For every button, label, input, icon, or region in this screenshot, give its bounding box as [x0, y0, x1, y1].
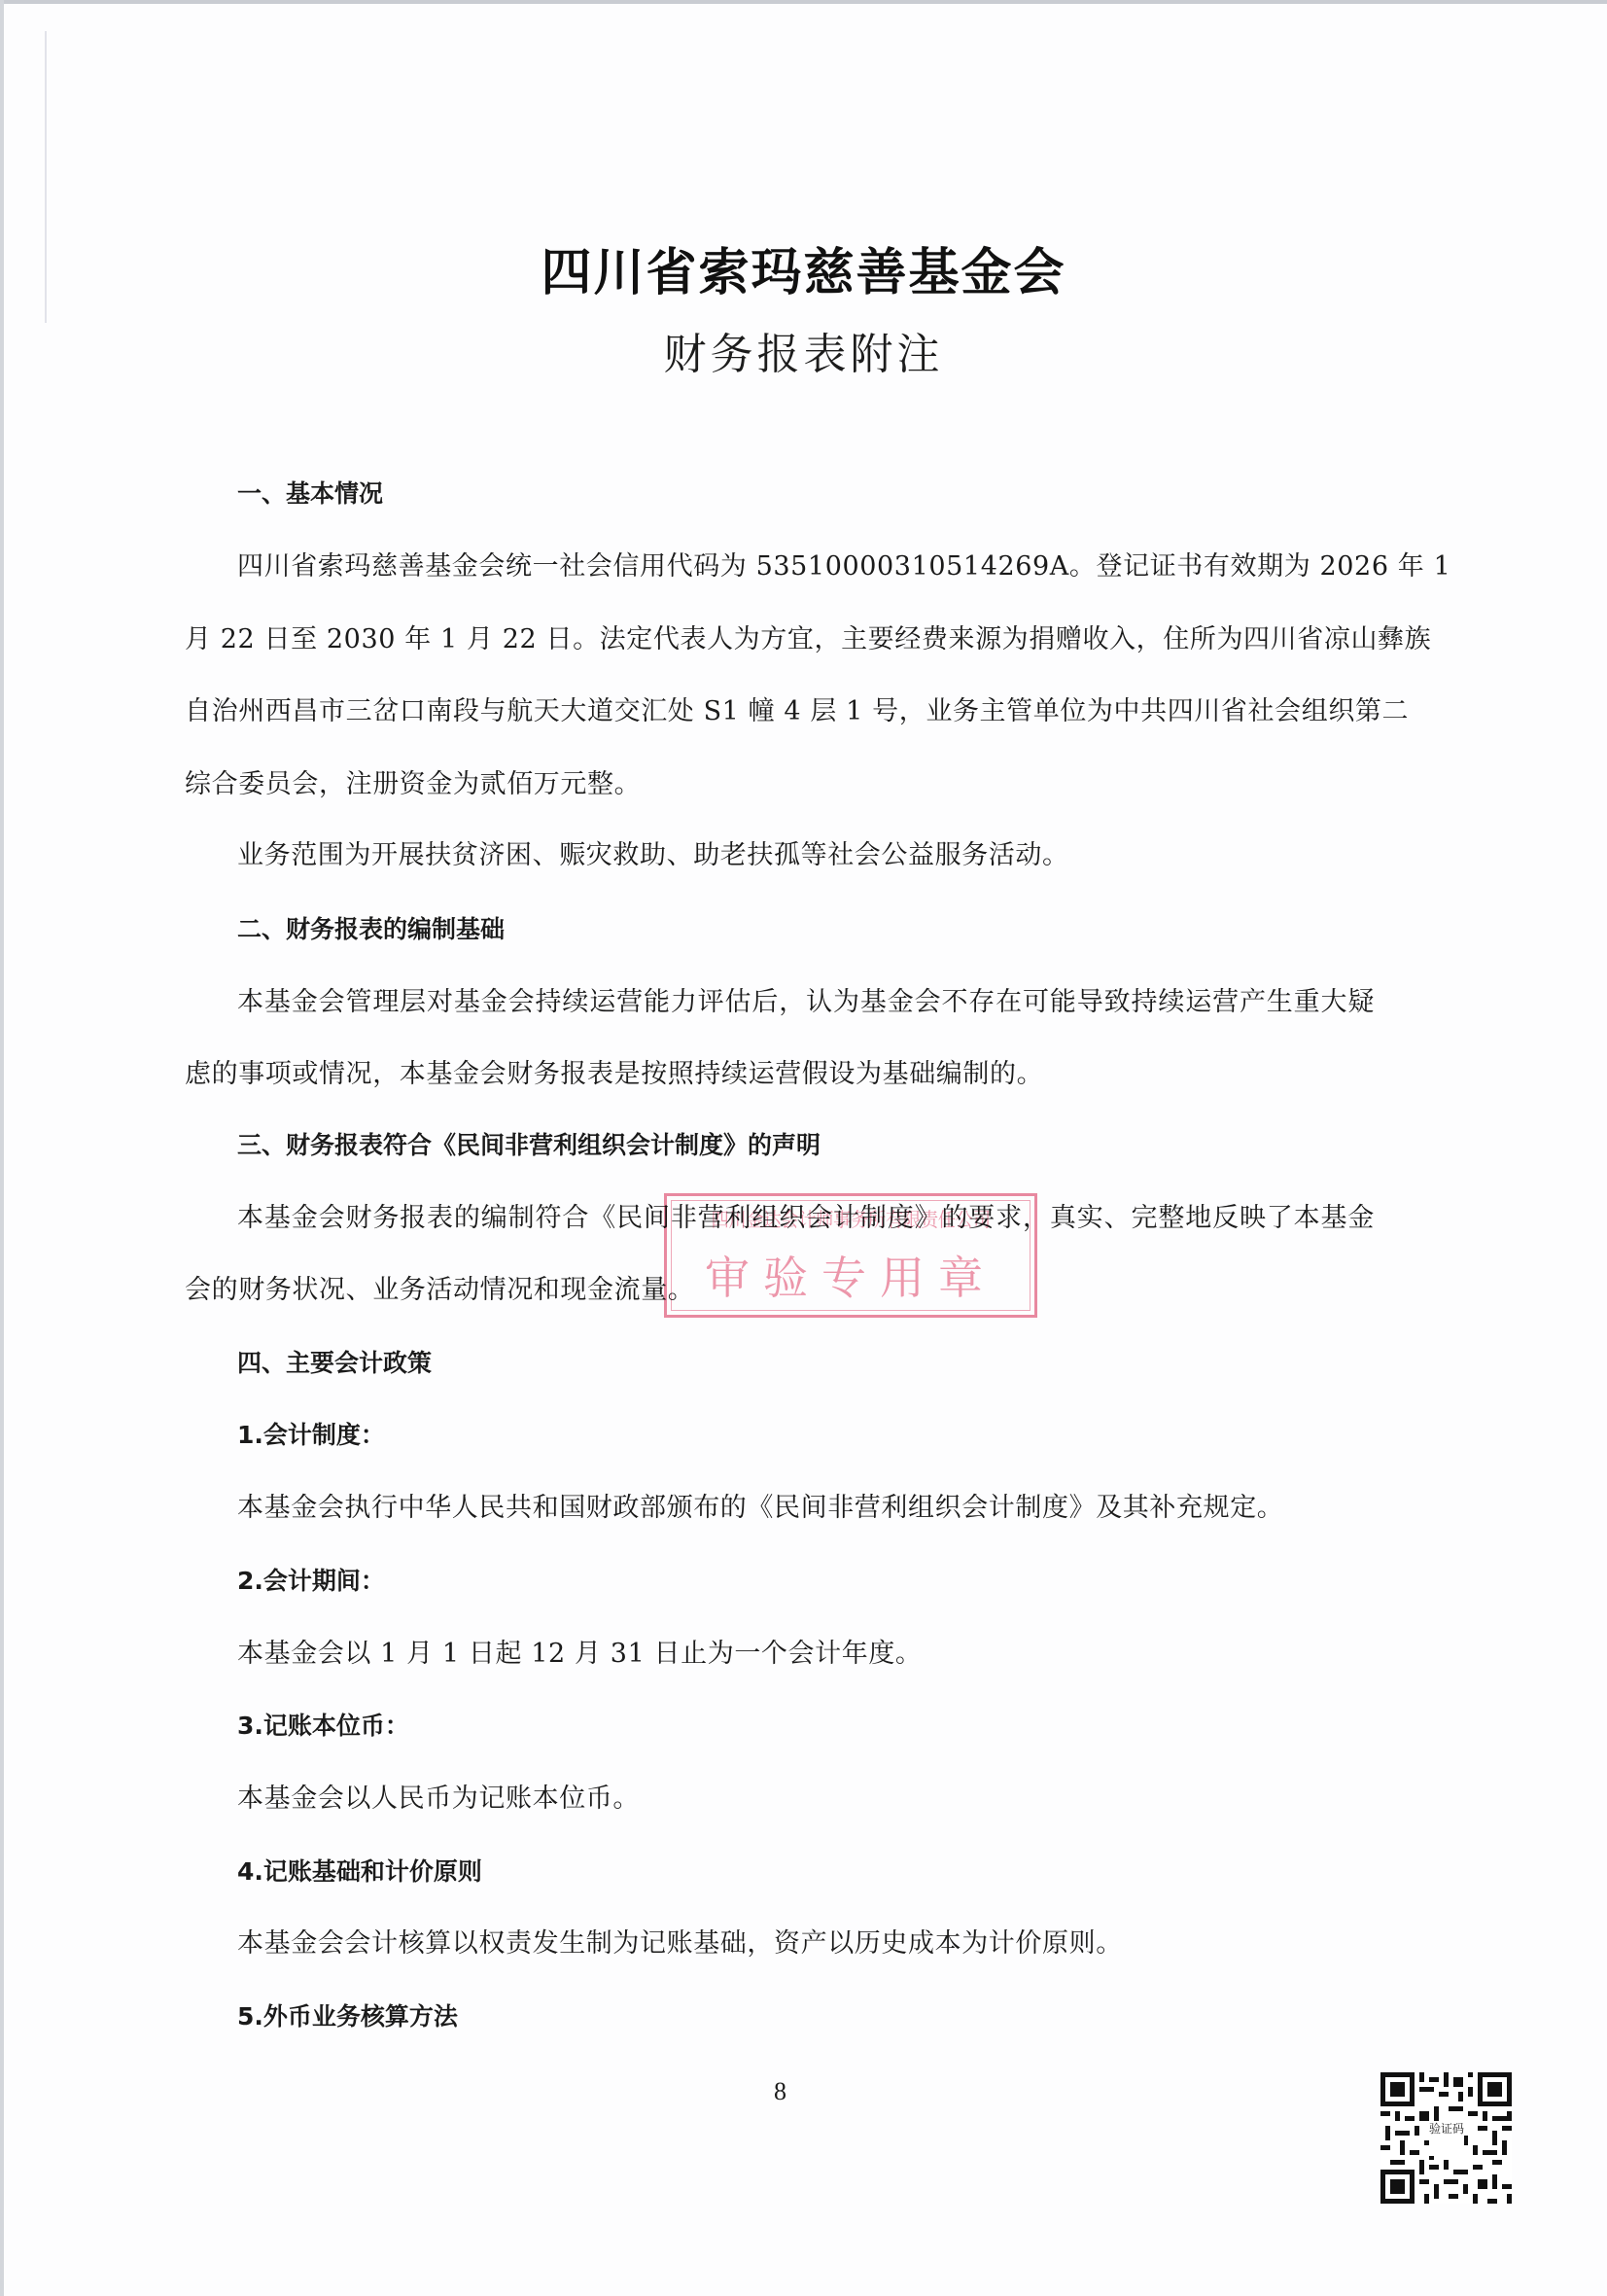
subheading-functional-currency: 3.记账本位币： [237, 1709, 409, 1744]
stamp-main-text: 审验专用章 [667, 1243, 1034, 1307]
paragraph-line: 本基金会会计核算以权责发生制为记账基础，资产以历史成本为计价原则。 [237, 1926, 1123, 1961]
section-heading-accounting-policies: 四、主要会计政策 [237, 1346, 432, 1381]
subheading-foreign-currency: 5.外币业务核算方法 [237, 1999, 458, 2034]
audit-stamp: 四川金达会计师事务所有限责任公司 审验专用章 [664, 1193, 1037, 1318]
document-title: 四川省索玛慈善基金会 [0, 231, 1607, 304]
paragraph-line: 四川省索玛慈善基金会统一社会信用代码为 53510000310514269A。登… [237, 549, 1380, 584]
qr-code-label: 验证码 [1429, 2121, 1464, 2156]
paragraph-line: 业务范围为开展扶贫济困、赈灾救助、助老扶孤等社会公益服务活动。 [237, 838, 1069, 873]
document-subtitle: 财务报表附注 [0, 319, 1607, 381]
paragraph-line: 本基金会以人民币为记账本位币。 [237, 1782, 640, 1817]
section-heading-basic-info: 一、基本情况 [237, 477, 383, 512]
subheading-accounting-period: 2.会计期间： [237, 1564, 385, 1599]
stamp-firm-name: 四川金达会计师事务所有限责任公司 [688, 1204, 1012, 1232]
scan-edge-top [0, 0, 1607, 4]
paragraph-line: 自治州西昌市三岔口南段与航天大道交汇处 S1 幢 4 层 1 号，业务主管单位为… [185, 694, 1376, 729]
section-heading-preparation-basis: 二、财务报表的编制基础 [237, 912, 505, 947]
page-number: 8 [774, 2077, 786, 2106]
paragraph-line: 会的财务状况、业务活动情况和现金流量。 [185, 1273, 694, 1308]
paragraph-line: 本基金会管理层对基金会持续运营能力评估后，认为基金会不存在可能导致持续运营产生重… [237, 985, 1375, 1020]
qr-code-icon: 验证码 [1380, 2072, 1512, 2204]
paragraph-line: 综合委员会，注册资金为贰佰万元整。 [185, 767, 641, 802]
paragraph-line: 月 22 日至 2030 年 1 月 22 日。法定代表人为方宜，主要经费来源为… [185, 622, 1380, 657]
subheading-accounting-system: 1.会计制度： [237, 1418, 385, 1453]
paragraph-line: 本基金会执行中华人民共和国财政部颁布的《民间非营利组织会计制度》及其补充规定。 [237, 1491, 1283, 1526]
subheading-accounting-basis: 4.记账基础和计价原则 [237, 1854, 482, 1890]
section-heading-compliance-statement: 三、财务报表符合《民间非营利组织会计制度》的声明 [237, 1128, 821, 1163]
paragraph-line: 虑的事项或情况，本基金会财务报表是按照持续运营假设为基础编制的。 [185, 1057, 1043, 1092]
paragraph-line: 本基金会以 1 月 1 日起 12 月 31 日止为一个会计年度。 [237, 1637, 923, 1672]
